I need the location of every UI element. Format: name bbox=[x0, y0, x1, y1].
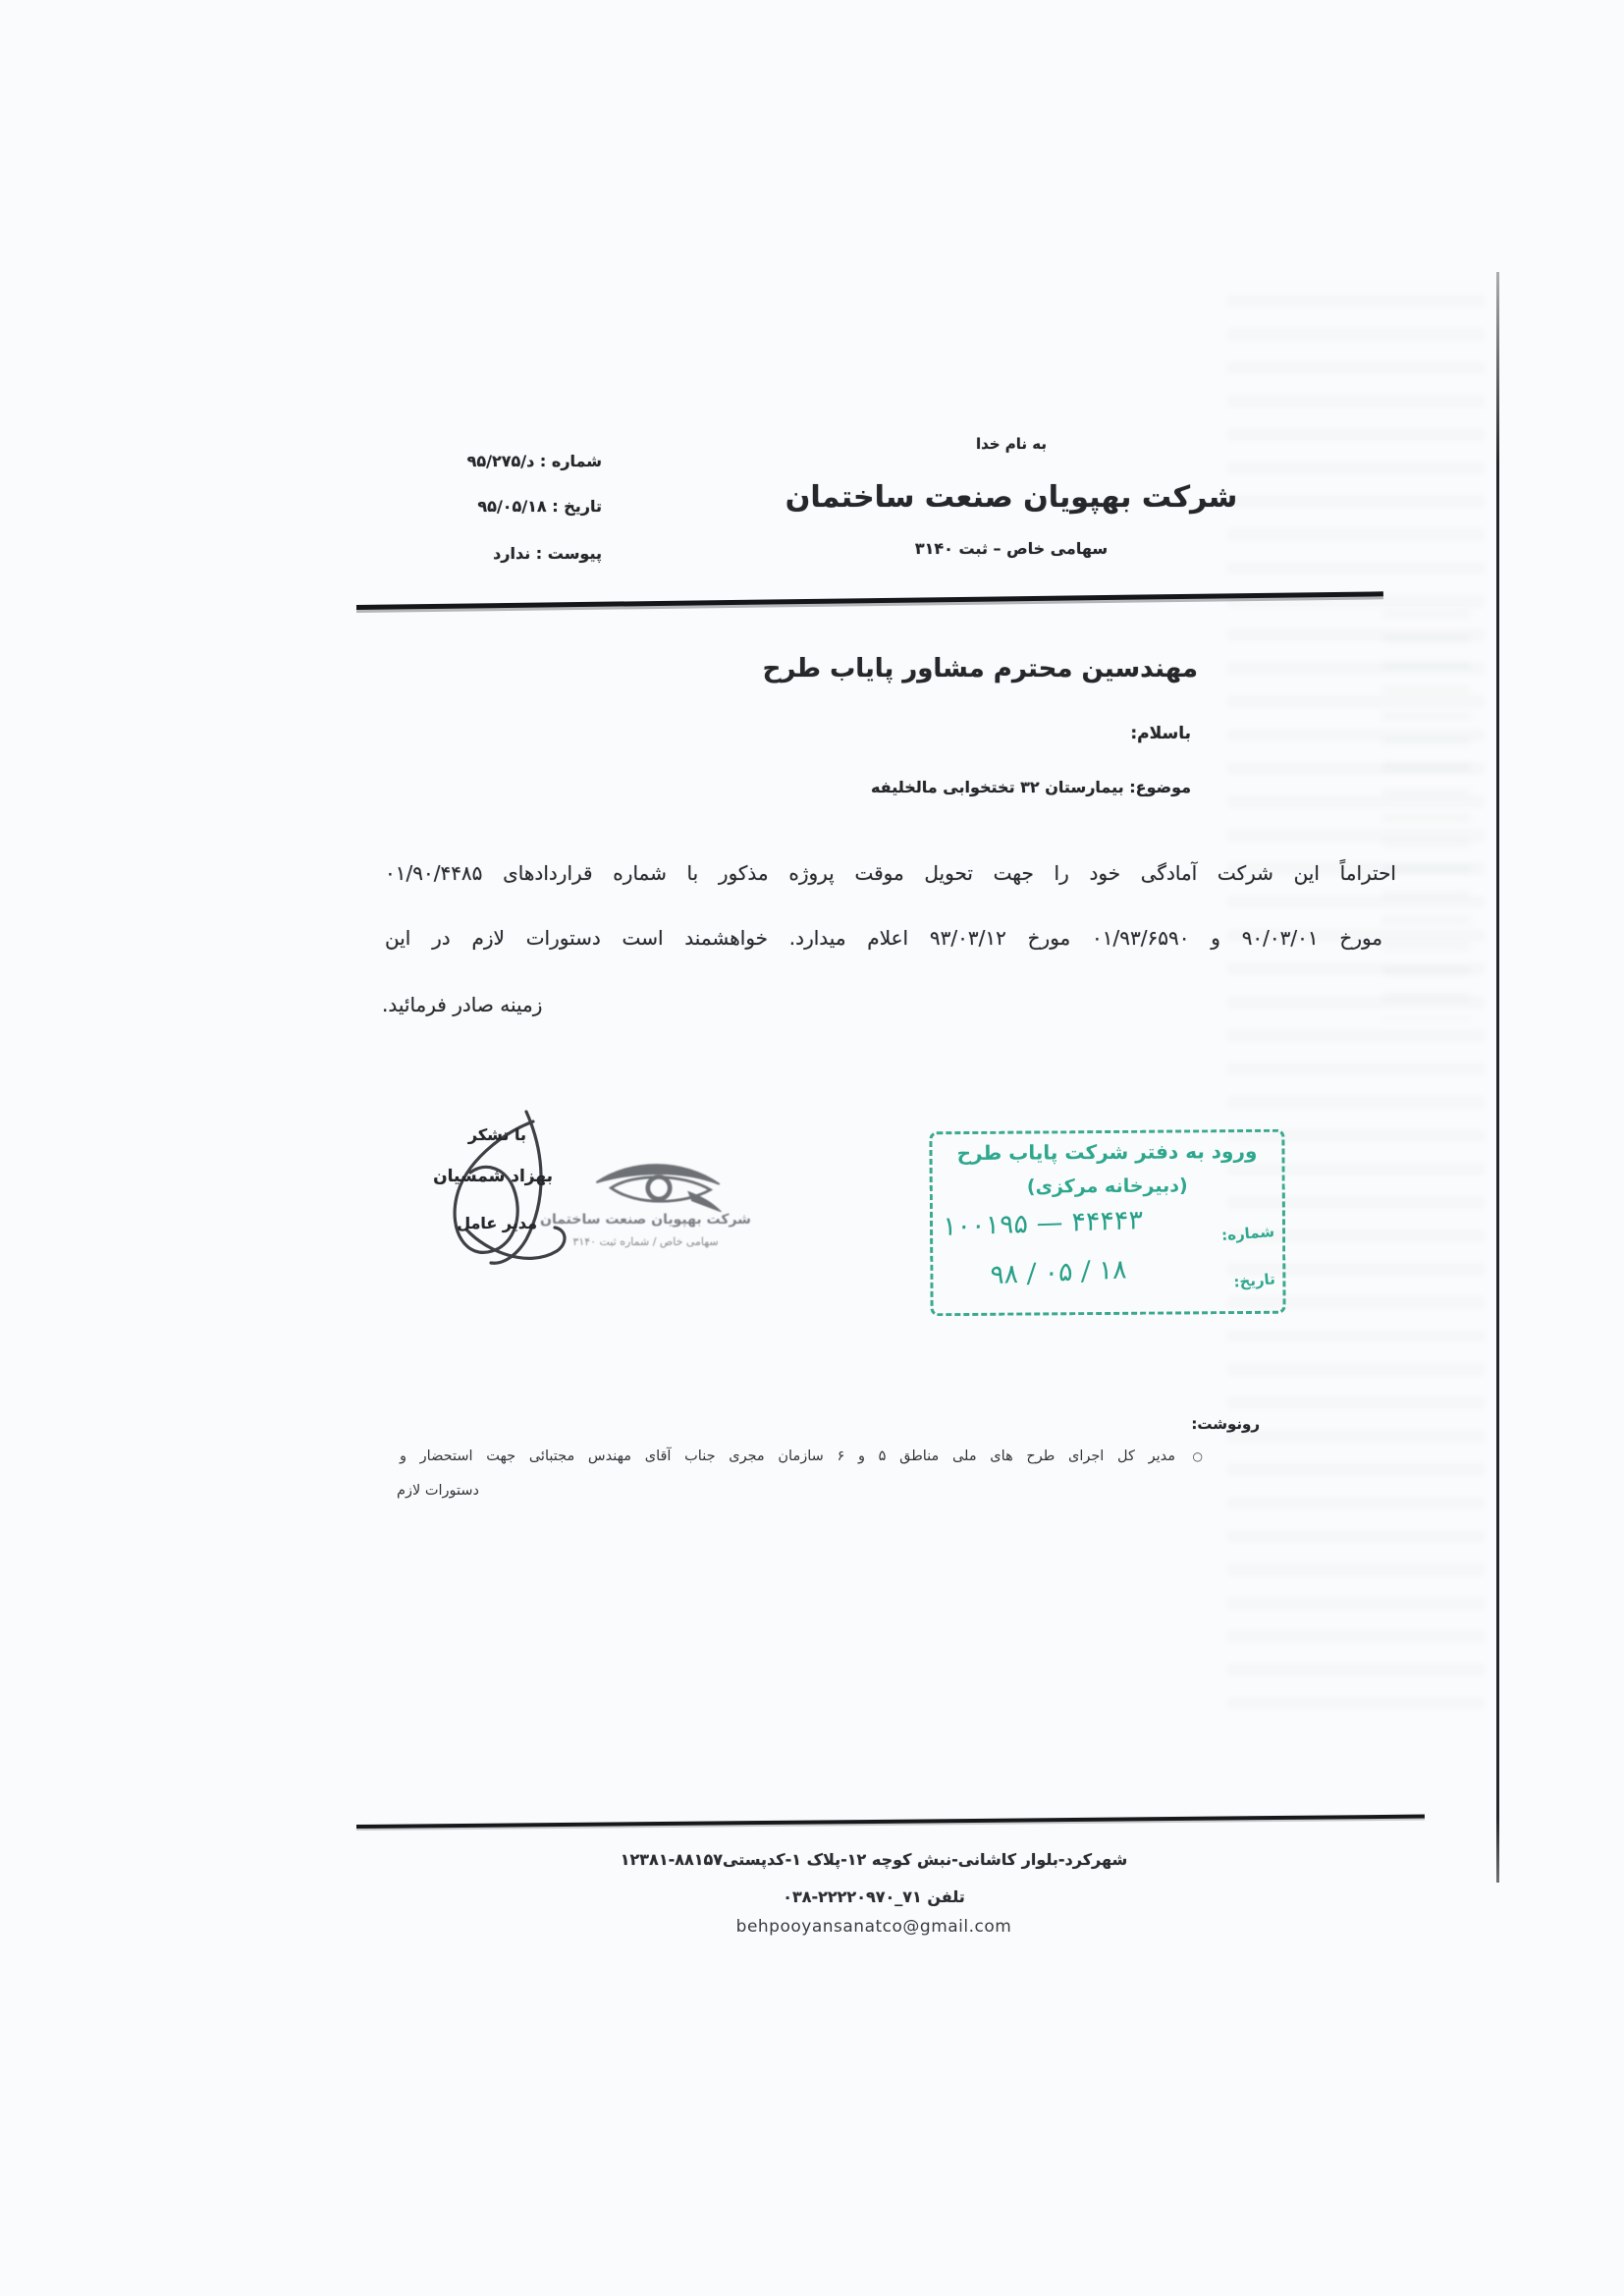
footer-divider-line bbox=[356, 1815, 1425, 1829]
entry-stamp-subtitle: (دبیرخانه مرکزی) bbox=[933, 1175, 1282, 1198]
cc-bullet-icon: ○ bbox=[1193, 1449, 1203, 1463]
entry-stamp-title: ورود به دفتر شرکت پایاب طرح bbox=[932, 1139, 1281, 1165]
scanned-letter-page: به نام خدا شرکت بهپویان صنعت ساختمان سها… bbox=[0, 0, 1624, 2296]
entry-stamp: ورود به دفتر شرکت پایاب طرح (دبیرخانه مر… bbox=[929, 1129, 1285, 1317]
cc-item-line1: مدیر کل اجرای طرح های ملی مناطق ۵ و ۶ سا… bbox=[400, 1446, 1175, 1467]
letter-attachment-row: پیوست : ندارد bbox=[493, 544, 602, 563]
footer-phone: تلفن ۷۱_۰۳۸-۲۲۲۲۰۹۷۰ bbox=[511, 1887, 1237, 1906]
letter-date-value: ۹۵/۰۵/۱۸ bbox=[477, 497, 546, 516]
company-subtitle: سهامی خاص – ثبت ۳۱۴۰ bbox=[0, 539, 1624, 558]
body-paragraph-line3: زمینه صادر فرمائید. bbox=[382, 988, 542, 1021]
salutation-text: باسلام: bbox=[1130, 724, 1191, 743]
entry-stamp-date-value: ۹۸ / ۰۵ / ۱۸ bbox=[990, 1254, 1127, 1290]
cc-item-line2: دستورات لازم bbox=[397, 1483, 479, 1499]
bleedthrough-smudge bbox=[1382, 609, 1471, 1021]
handwritten-signature-icon bbox=[407, 1102, 619, 1284]
eye-logo-icon bbox=[591, 1155, 727, 1212]
footer-phone-label: تلفن ۷۱_ bbox=[894, 1887, 965, 1906]
letter-date-label: تاریخ : bbox=[547, 497, 602, 516]
company-stamp-registration: سهامی خاص / شماره ثبت ۳۱۴۰ bbox=[530, 1235, 761, 1248]
besmellah-text: به نام خدا bbox=[0, 435, 1624, 453]
cc-label: رونوشت: bbox=[1191, 1415, 1260, 1433]
letter-number-value: ۹۵/د/۲۷۵ bbox=[467, 452, 535, 470]
company-stamp-name: شرکت بهپویان صنعت ساختمان bbox=[530, 1212, 761, 1228]
footer-email: behpooyansanatco@gmail.com bbox=[511, 1917, 1237, 1937]
letter-number-row: شماره : ۹۵/د/۲۷۵ bbox=[467, 452, 602, 470]
subject-line: موضوع: بیمارستان ۳۲ تختخوابی مالخلیفه bbox=[871, 778, 1191, 796]
entry-stamp-number-value: ۱۰۰۱۹۵ — ۴۴۴۴۳ bbox=[942, 1205, 1143, 1242]
company-name: شرکت بهپویان صنعت ساختمان bbox=[0, 480, 1624, 515]
body-paragraph-line1: احتراماً این شرکت آمادگی خود را جهت تحوی… bbox=[385, 856, 1396, 890]
attachment-label: پیوست : bbox=[530, 544, 602, 563]
letter-number-label: شماره : bbox=[534, 452, 602, 470]
attachment-value: ندارد bbox=[493, 544, 530, 563]
recipient-heading: مهندسین محترم مشاور پایاب طرح bbox=[763, 654, 1198, 683]
entry-stamp-date-label: تاریخ: bbox=[1232, 1270, 1275, 1290]
entry-stamp-number-label: شماره: bbox=[1221, 1223, 1275, 1244]
letter-date-row: تاریخ : ۹۵/۰۵/۱۸ bbox=[477, 497, 602, 516]
body-paragraph-line2: مورخ ۹۰/۰۳/۰۱ و ۰۱/۹۳/۶۵۹۰ مورخ ۹۳/۰۳/۱۲… bbox=[385, 921, 1382, 955]
footer-address: شهرکرد-بلوار کاشانی-نبش کوچه ۱۲-پلاک ۱-ک… bbox=[511, 1850, 1237, 1869]
footer-phone-number: ۰۳۸-۲۲۲۲۰۹۷۰ bbox=[783, 1887, 894, 1906]
